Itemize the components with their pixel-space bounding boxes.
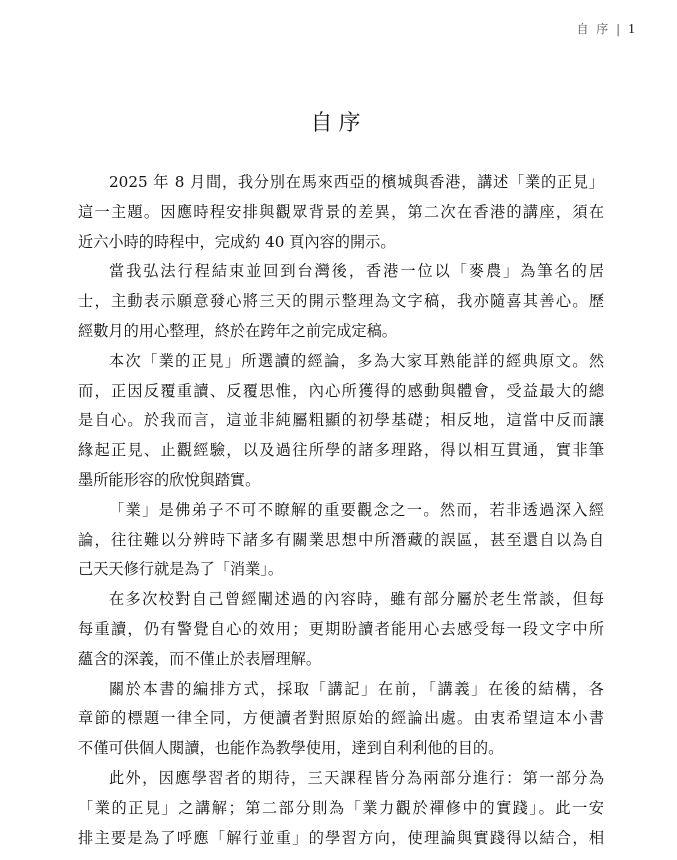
text-line: 本次「業的正見」所選讀的經論，多為大家耳熟能詳的經典原文。然 (78, 347, 604, 377)
text-line: 排主要是為了呼應「解行並重」的學習方向，使理論與實踐得以結合，相 (78, 824, 604, 854)
page-number: 1 (628, 22, 635, 37)
paragraph: 當我弘法行程結束並回到台灣後，香港一位以「麥農」為筆名的居 士，主動表示願意發心… (78, 257, 604, 346)
text-line: 蘊含的深義，而不僅止於表層理解。 (78, 645, 604, 675)
paragraph: 關於本書的編排方式，採取「講記」在前，「講義」在後的結構，各 章節的標題一律全同… (78, 675, 604, 764)
text-line: 「業」是佛弟子不可不瞭解的重要觀念之一。然而，若非透過深入經 (78, 496, 604, 526)
header-separator: | (616, 22, 622, 36)
text-line: 當我弘法行程結束並回到台灣後，香港一位以「麥農」為筆名的居 (78, 257, 604, 287)
text-line: 士，主動表示願意發心將三天的開示整理為文字稿，我亦隨喜其善心。歷 (78, 287, 604, 317)
text-line: 己天天修行就是為了「消業」。 (78, 555, 604, 585)
page-title: 自序 (0, 106, 677, 137)
text-line: 章節的標題一律全同，方便讀者對照原始的經論出處。由衷希望這本小書 (78, 704, 604, 734)
running-header: 自 序 | 1 (576, 20, 635, 38)
text-line: 在多次校對自己曾經闡述過的內容時，雖有部分屬於老生常談，但每 (78, 585, 604, 615)
text-line: 是自心。於我而言，這並非純屬粗顯的初學基礎；相反地，這當中反而讓 (78, 406, 604, 436)
text-line: 這一主題。因應時程安排與觀眾背景的差異，第二次在香港的講座，須在 (78, 198, 604, 228)
text-line: 每重讀，仍有警覺自心的效用；更期盼讀者能用心去感受每一段文字中所 (78, 615, 604, 645)
text-line: 論，往往難以分辨時下諸多有關業思想中所潛藏的誤區，甚至還自以為自 (78, 526, 604, 556)
paragraph: 此外，因應學習者的期待，三天課程皆分為兩部分進行：第一部分為 「業的正見」之講解… (78, 764, 604, 853)
text-line: 「業的正見」之講解；第二部分則為「業力觀於禪修中的實踐」。此一安 (78, 794, 604, 824)
paragraph: 在多次校對自己曾經闡述過的內容時，雖有部分屬於老生常談，但每 每重讀，仍有警覺自… (78, 585, 604, 674)
text-line: 緣起正見、止觀經驗，以及過往所學的諸多理路，得以相互貫通，實非筆 (78, 436, 604, 466)
text-line: 不僅可供個人閱讀，也能作為教學使用，達到自利利他的目的。 (78, 734, 604, 764)
body-text: 2025 年 8 月間，我分別在馬來西亞的檳城與香港，講述「業的正見」 這一主題… (78, 168, 604, 853)
paragraph: 2025 年 8 月間，我分別在馬來西亞的檳城與香港，講述「業的正見」 這一主題… (78, 168, 604, 257)
paragraph: 「業」是佛弟子不可不瞭解的重要觀念之一。然而，若非透過深入經 論，往往難以分辨時… (78, 496, 604, 585)
text-line: 2025 年 8 月間，我分別在馬來西亞的檳城與香港，講述「業的正見」 (78, 168, 604, 198)
text-line: 近六小時的時程中，完成約 40 頁內容的開示。 (78, 228, 604, 258)
text-line: 而，正因反覆重讀、反覆思惟，內心所獲得的感動與體會，受益最大的總 (78, 377, 604, 407)
text-line: 墨所能形容的欣悅與踏實。 (78, 466, 604, 496)
paragraph: 本次「業的正見」所選讀的經論，多為大家耳熟能詳的經典原文。然 而，正因反覆重讀、… (78, 347, 604, 496)
section-label: 自 序 (576, 22, 610, 36)
text-line: 關於本書的編排方式，採取「講記」在前，「講義」在後的結構，各 (78, 675, 604, 705)
text-line: 此外，因應學習者的期待，三天課程皆分為兩部分進行：第一部分為 (78, 764, 604, 794)
text-line: 經數月的用心整理，終於在跨年之前完成定稿。 (78, 317, 604, 347)
